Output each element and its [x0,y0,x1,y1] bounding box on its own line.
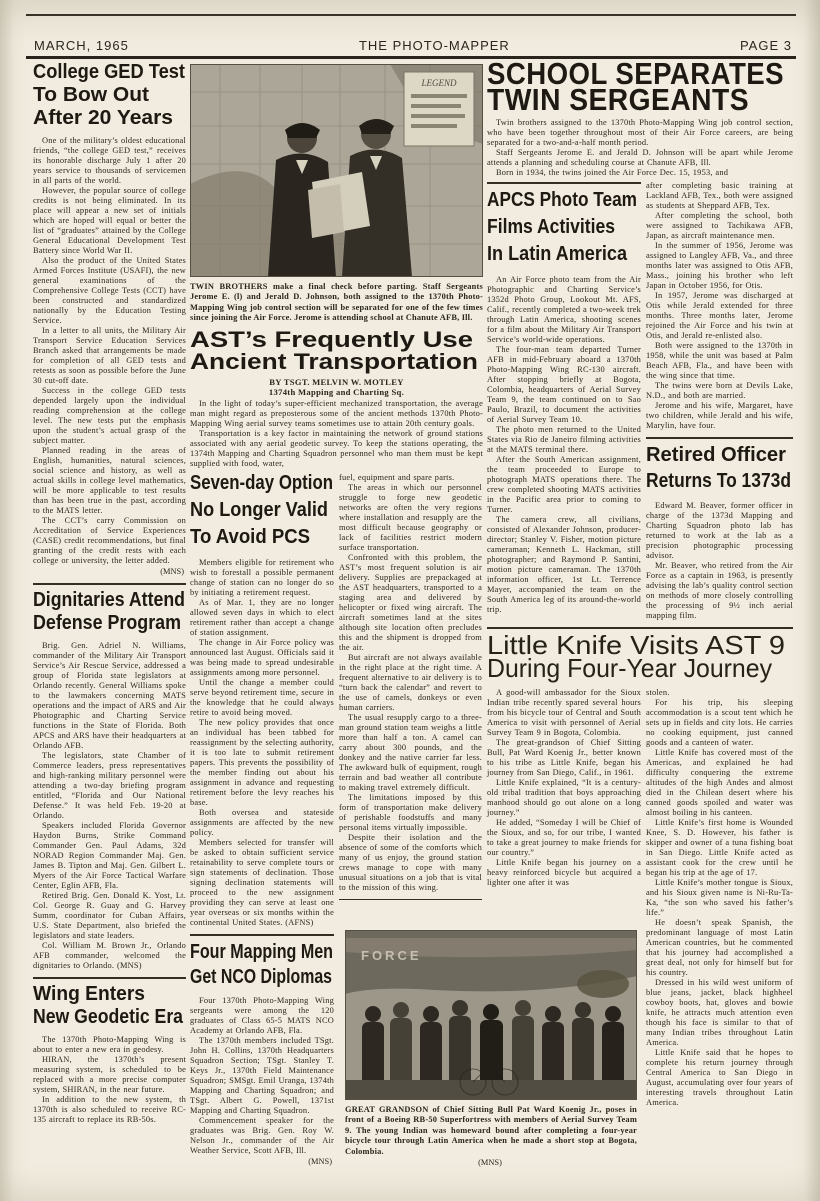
newspaper-page: MARCH, 1965 THE PHOTO-MAPPER PAGE 3 Coll… [0,0,820,1201]
paragraph: Little Knife said that he hopes to compl… [646,1048,793,1108]
divider [33,583,186,585]
group-figures [362,1000,624,1088]
paragraph: Little Knife’s mother tongue is Sioux, a… [646,878,793,918]
paragraph: After completing the school, both were a… [646,211,793,241]
paragraph: Transportation is a key factor in mainta… [190,429,483,469]
svg-text:Retired Officer: Retired Officer [646,444,786,466]
paragraph: Also the product of the United States Ar… [33,256,186,326]
svg-text:No Longer Valid: No Longer Valid [190,499,328,521]
article-continuation: after completing basic training at Lackl… [646,181,793,431]
article-body: Edward M. Beaver, former officer in char… [646,501,793,621]
paragraph: Jerome and his wife, Margaret, have two … [646,401,793,431]
headline-line: Films Activities [487,217,641,244]
paragraph: In 1957, Jerome was discharged at Otis w… [646,291,793,341]
svg-text:Defense Program: Defense Program [33,612,181,634]
headline-line: Ancient Transportation [190,352,483,374]
headline-line: APCS Photo Team [487,190,641,217]
paragraph: The change in Air Force policy was annou… [190,638,334,678]
paragraph: Little Knife explained, “It is a century… [487,778,641,818]
svg-text:Dignitaries Attend: Dignitaries Attend [33,589,185,611]
paragraph: For his trip, his sleeping accommodation… [646,698,793,748]
paragraph: Dressed in his wild west uniform of blue… [646,978,793,1048]
headline-line: TWIN SERGEANTS [487,87,793,114]
headline-line: To Avoid PCS [190,527,334,554]
article-intro: Twin brothers assigned to the 1370th Pho… [487,118,793,178]
headline-line: No Longer Valid [190,500,334,527]
headline-line: In Latin America [487,244,641,271]
paragraph: The great-grandson of Chief Sitting Bull… [487,738,641,778]
paragraph: After the South American assignment, the… [487,455,641,515]
paragraph: The new policy provides that once an ind… [190,718,334,808]
paragraph: fuel, equipment and spare parts. [339,473,482,483]
svg-text:Films Activities: Films Activities [487,216,615,238]
paragraph: But aircraft are not always available in… [339,653,482,713]
page-header: MARCH, 1965 THE PHOTO-MAPPER PAGE 3 [34,38,792,53]
photo-great-grandson-group: FORCE [345,930,637,1100]
paragraph: Four 1370th Photo-Mapping Wing sergeants… [190,996,334,1036]
paragraph: The CCT’s carry Commission on Accreditat… [33,516,186,566]
svg-text:College GED Test: College GED Test [33,61,185,83]
byline-unit: 1374th Mapping and Charting Sq. [190,387,483,397]
article-wing-geodetic-era: Wing Enters New Geodetic Era The 1370th … [33,985,186,1125]
paragraph: In a letter to all units, the Military A… [33,326,186,386]
right-left-subcolumn: APCS Photo Team Films Activities In Lati… [487,180,641,621]
headline-line: College GED Test [33,63,186,86]
paragraph: Little Knife has covered most of the Ame… [646,748,793,818]
svg-text:To Bow Out: To Bow Out [33,84,149,106]
svg-text:New Geodetic Era: New Geodetic Era [33,1006,184,1028]
paragraph: The twins were born at Devils Lake, N.D.… [646,381,793,401]
paragraph: Twin brothers assigned to the 1370th Pho… [487,118,793,148]
divider [190,934,334,936]
right-right-subcolumn: after completing basic training at Lackl… [646,180,793,621]
photo-caption-great-grandson: GREAT GRANDSON of Chief Sitting Bull Pat… [345,1105,637,1157]
paragraph: In addition to the new system, th 1370th… [33,1095,186,1125]
svg-text:LEGEND: LEGEND [420,78,457,88]
paragraph: The limitations imposed by this form of … [339,793,482,833]
svg-text:APCS Photo Team: APCS Photo Team [487,189,637,211]
headline-line: During Four-Year Journey [487,658,793,682]
headline-line: Seven-day Option [190,473,334,500]
map-legend-box: LEGEND [404,72,474,146]
paragraph: Little Knife’s first home is Wounded Kne… [646,818,793,878]
divider [339,899,482,900]
article-apcs-photo-team: APCS Photo Team Films Activities In Lati… [487,190,641,615]
middle-left-subcolumn: Seven-day Option No Longer Valid To Avoi… [190,473,334,1167]
paragraph: The 1370th Photo-Mapping Wing is about t… [33,1035,186,1055]
headline-line: After 20 Years [33,109,186,132]
left-column: College GED Test To Bow Out After 20 Yea… [33,63,186,1125]
article-college-ged-test: College GED Test To Bow Out After 20 Yea… [33,63,186,577]
headline-line: Defense Program [33,614,186,637]
article-retired-officer: Retired Officer Returns To 1373d Edward … [646,445,793,621]
paragraph: Little Knife began his journey on a heav… [487,858,641,888]
paragraph: However, the popular source of college c… [33,186,186,256]
headline-line: Dignitaries Attend [33,591,186,614]
issue-date: MARCH, 1965 [34,38,129,53]
article-nco-diplomas: Four Mapping Men Get NCO Diplomas Four 1… [190,942,334,1167]
svg-text:Wing Enters: Wing Enters [33,983,145,1005]
paragraph: The camera crew, all civilians, consiste… [487,515,641,615]
aircraft-marking: FORCE [361,948,422,963]
article-body: Members eligible for retirement who wish… [190,558,334,928]
paragraph: He doesn’t speak Spanish, the predominan… [646,918,793,978]
paragraph: Edward M. Beaver, former officer in char… [646,501,793,561]
paragraph: An Air Force photo team from the Air Pho… [487,275,641,345]
bottom-photo-block: FORCE GREAT GRANDSON of Chief Sitting Bu… [345,930,637,1168]
svg-text:Seven-day Option: Seven-day Option [190,472,333,494]
article-dignitaries-defense: Dignitaries Attend Defense Program Brig.… [33,591,186,971]
article-intro: In the light of today’s super-efficient … [190,399,483,469]
paragraph: Members eligible for retirement who wish… [190,558,334,598]
paragraph: HIRAN, the 1370th’s present measuring sy… [33,1055,186,1095]
paragraph: The photo men returned to the United Sta… [487,425,641,455]
paragraph: In the summer of 1956, Jerome was assign… [646,241,793,291]
article-continuation: fuel, equipment and spare parts.The area… [339,473,482,893]
paragraph: The usual resupply cargo to a three-man … [339,713,482,793]
paragraph: Despite their isolation and the absence … [339,833,482,893]
paragraph: He added, “Someday I will be Chief of th… [487,818,641,858]
headline-line: New Geodetic Era [33,1008,186,1031]
article-body: Brig. Gen. Adriel N. Williams, commander… [33,641,186,971]
paragraph: As of Mar. 1, they are no longer allowed… [190,598,334,638]
article-ancient-transportation: AST’s Frequently Use Ancient Transportat… [190,330,483,469]
headline-line: Retired Officer [646,445,793,471]
article-seven-day-option: Seven-day Option No Longer Valid To Avoi… [190,473,334,928]
article-body: The 1370th Photo-Mapping Wing is about t… [33,1035,186,1125]
byline: BY TSGT. MELVIN W. MOTLEY [190,377,483,387]
paragraph: Commencement speaker for the graduates w… [190,1116,334,1156]
paragraph: Both were assigned to the 1370th in 1958… [646,341,793,381]
paragraph: Planned reading in the areas of English,… [33,446,186,516]
news-credit: (MNS) [33,567,184,577]
headline-line: Returns To 1373d [646,471,793,497]
paragraph: Until the change a member could serve be… [190,678,334,718]
paragraph: stolen. [646,688,793,698]
paragraph: Both oversea and stateside assignments a… [190,808,334,838]
article-body: One of the military’s oldest educational… [33,136,186,566]
page-number: PAGE 3 [740,38,792,53]
svg-text:In Latin America: In Latin America [487,243,628,265]
paragraph: Speakers included Florida Governor Haydo… [33,821,186,891]
divider [33,977,186,979]
divider [487,627,793,629]
photo-twin-brothers: LEGEND [190,64,483,277]
article-body: An Air Force photo team from the Air Pho… [487,275,641,615]
paragraph: after completing basic training at Lackl… [646,181,793,211]
svg-text:After 20 Years: After 20 Years [33,107,173,129]
svg-text:Returns To 1373d: Returns To 1373d [646,470,791,492]
paragraph: Col. William M. Brown Jr., Orlando AFB c… [33,941,186,971]
headline-line: Four Mapping Men [190,942,334,967]
paragraph: The 1370th members included TSgt. John H… [190,1036,334,1116]
svg-text:To Avoid PCS: To Avoid PCS [190,526,310,548]
svg-text:Ancient Transportation: Ancient Transportation [190,349,478,374]
paragraph: Born in 1934, the twins joined the Air F… [487,168,793,178]
svg-text:During Four-Year Journey: During Four-Year Journey [487,653,772,683]
headline-line: Get NCO Diplomas [190,967,334,992]
paragraph: The legislators, state Chamber of Commer… [33,751,186,821]
paragraph: Brig. Gen. Adriel N. Williams, commander… [33,641,186,751]
photo-caption-twins: TWIN BROTHERS make a final check before … [190,282,483,324]
divider [646,437,793,439]
headline-line: Wing Enters [33,985,186,1008]
paragraph: One of the military’s oldest educational… [33,136,186,186]
little-knife-right: stolen.For his trip, his sleeping accomm… [646,688,793,1108]
news-credit: (MNS) [190,1157,332,1167]
paragraph: Staff Sergeants Jerome E. and Jerald D. … [487,148,793,168]
news-credit: (MNS) [345,1158,635,1168]
article-school-separates-twins: SCHOOL SEPARATES TWIN SERGEANTS Twin bro… [487,61,793,178]
right-subcolumns: APCS Photo Team Films Activities In Lati… [487,180,793,621]
svg-text:TWIN SERGEANTS: TWIN SERGEANTS [487,82,749,117]
svg-text:Get NCO Diplomas: Get NCO Diplomas [190,966,332,988]
headline-line: To Bow Out [33,86,186,109]
paragraph: Confronted with this problem, the AST’s … [339,553,482,653]
paragraph: A good-will ambassador for the Sioux Ind… [487,688,641,738]
paragraph: Mr. Beaver, who retired from the Air For… [646,561,793,621]
svg-text:Four Mapping Men: Four Mapping Men [190,941,333,963]
paragraph: Retired Brig. Gen. Donald K. Yost, Lt. C… [33,891,186,941]
newspaper-title: THE PHOTO-MAPPER [359,38,510,53]
paragraph: Success in the college GED tests depende… [33,386,186,446]
paragraph: In the light of today’s super-efficient … [190,399,483,429]
paragraph: The four-man team departed Turner AFB in… [487,345,641,425]
top-border-rule [26,14,796,16]
paragraph: Members selected for transfer will be as… [190,838,334,928]
divider [487,182,641,184]
article-body: Four 1370th Photo-Mapping Wing sergeants… [190,996,334,1156]
paragraph: The areas in which our personnel struggl… [339,483,482,553]
